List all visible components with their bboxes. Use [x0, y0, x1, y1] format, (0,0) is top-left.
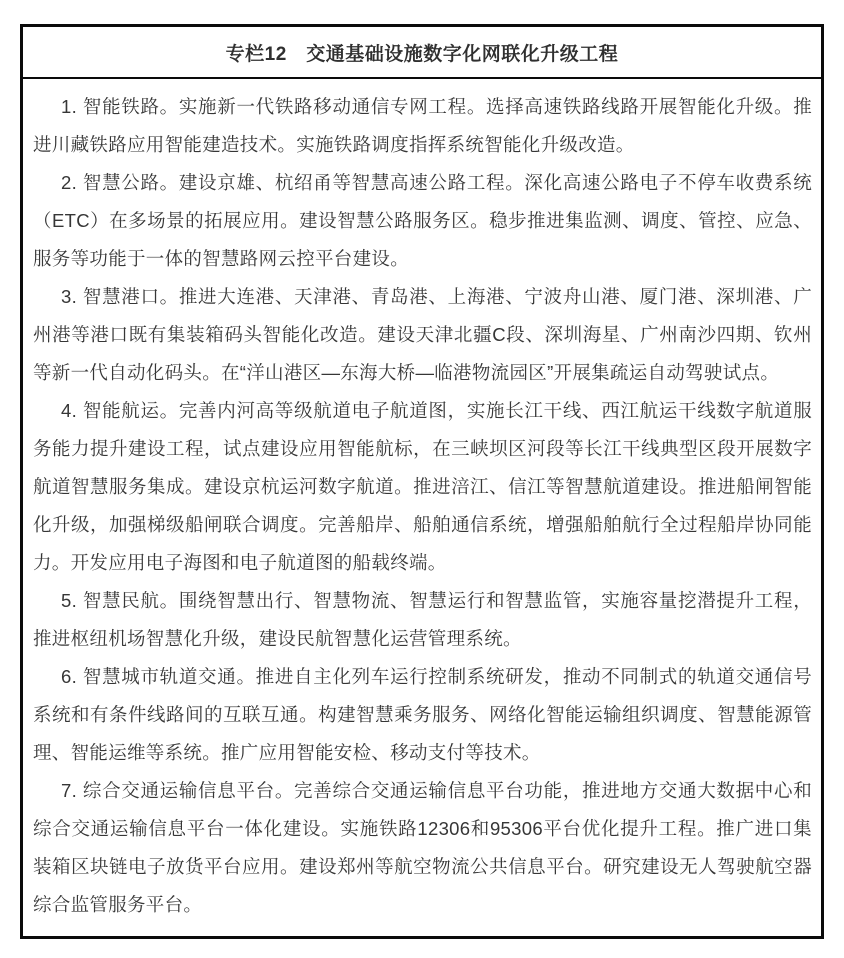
panel-title-row: 专栏12 交通基础设施数字化网联化升级工程 [23, 27, 821, 79]
panel-body: 1. 智能铁路。实施新一代铁路移动通信专网工程。选择高速铁路线路开展智能化升级。… [23, 79, 821, 924]
paragraph-smart-shipping: 4. 智能航运。完善内河高等级航道电子航道图，实施长江干线、西江航运干线数字航道… [33, 392, 812, 582]
paragraph-smart-port: 3. 智慧港口。推进大连港、天津港、青岛港、上海港、宁波舟山港、厦门港、深圳港、… [33, 278, 812, 392]
paragraph-smart-urban-rail: 6. 智慧城市轨道交通。推进自主化列车运行控制系统研发，推动不同制式的轨道交通信… [33, 658, 812, 772]
paragraph-integrated-transport-platform: 7. 综合交通运输信息平台。完善综合交通运输信息平台功能，推进地方交通大数据中心… [33, 772, 812, 924]
column-box-panel: 专栏12 交通基础设施数字化网联化升级工程 1. 智能铁路。实施新一代铁路移动通… [20, 24, 824, 939]
paragraph-smart-highway: 2. 智慧公路。建设京雄、杭绍甬等智慧高速公路工程。深化高速公路电子不停车收费系… [33, 164, 812, 278]
document-page: 专栏12 交通基础设施数字化网联化升级工程 1. 智能铁路。实施新一代铁路移动通… [0, 0, 844, 958]
panel-title: 专栏12 交通基础设施数字化网联化升级工程 [226, 39, 619, 66]
paragraph-smart-railway: 1. 智能铁路。实施新一代铁路移动通信专网工程。选择高速铁路线路开展智能化升级。… [33, 88, 812, 164]
paragraph-smart-civil-aviation: 5. 智慧民航。围绕智慧出行、智慧物流、智慧运行和智慧监管，实施容量挖潜提升工程… [33, 582, 812, 658]
